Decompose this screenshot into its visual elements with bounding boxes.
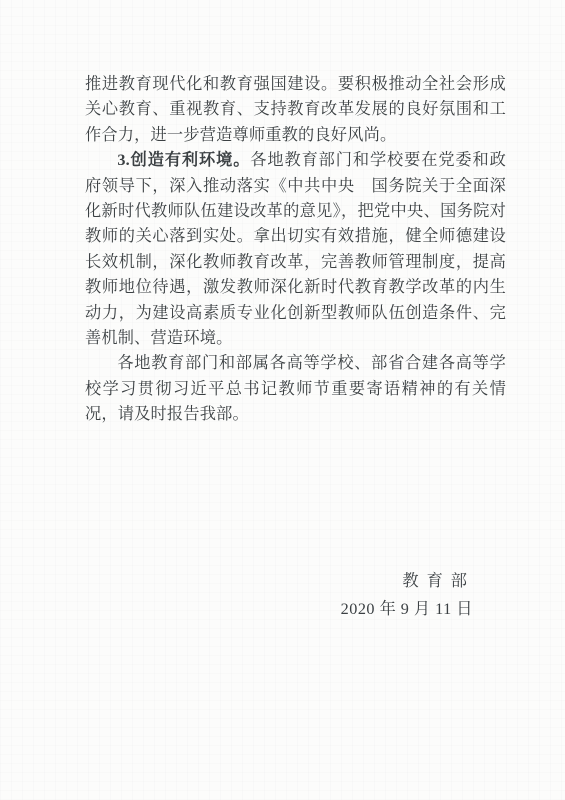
paragraph-lead-heading: 3.创造有利环境。 [117, 151, 250, 169]
document-page: 推进教育现代化和教育强国建设。要积极推动全社会形成关心教育、重视教育、支持教育改… [0, 0, 565, 800]
paragraph-item-3: 3.创造有利环境。各地教育部门和学校要在党委和政府领导下，深入推动落实《中共中央… [85, 148, 506, 351]
paragraph-closing: 各地教育部门和部属各高等学校、部省合建各高等学校学习贯彻习近平总书记教师节重要寄… [85, 351, 506, 427]
paragraph-body-text: 各地教育部门和学校要在党委和政府领导下，深入推动落实《中共中央 国务院关于全面深… [85, 151, 506, 347]
issuer-name: 教 育 部 [341, 572, 469, 591]
document-body: 推进教育现代化和教育强国建设。要积极推动全社会形成关心教育、重视教育、支持教育改… [85, 72, 506, 428]
signature-block: 教 育 部 2020 年 9 月 11 日 [341, 572, 473, 619]
issue-date: 2020 年 9 月 11 日 [341, 600, 473, 619]
paragraph-continuation: 推进教育现代化和教育强国建设。要积极推动全社会形成关心教育、重视教育、支持教育改… [85, 72, 506, 148]
